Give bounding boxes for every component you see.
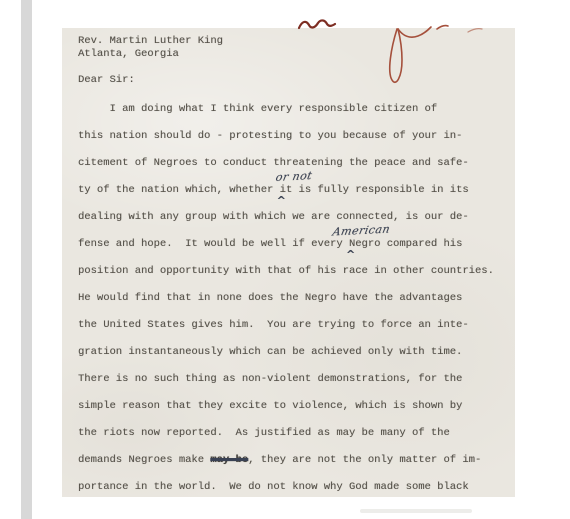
red-handwriting-marks [0,0,570,519]
scan-artifact [360,509,472,513]
scanned-letter-page: Rev. Martin Luther KingAtlanta, Georgia … [0,0,570,519]
